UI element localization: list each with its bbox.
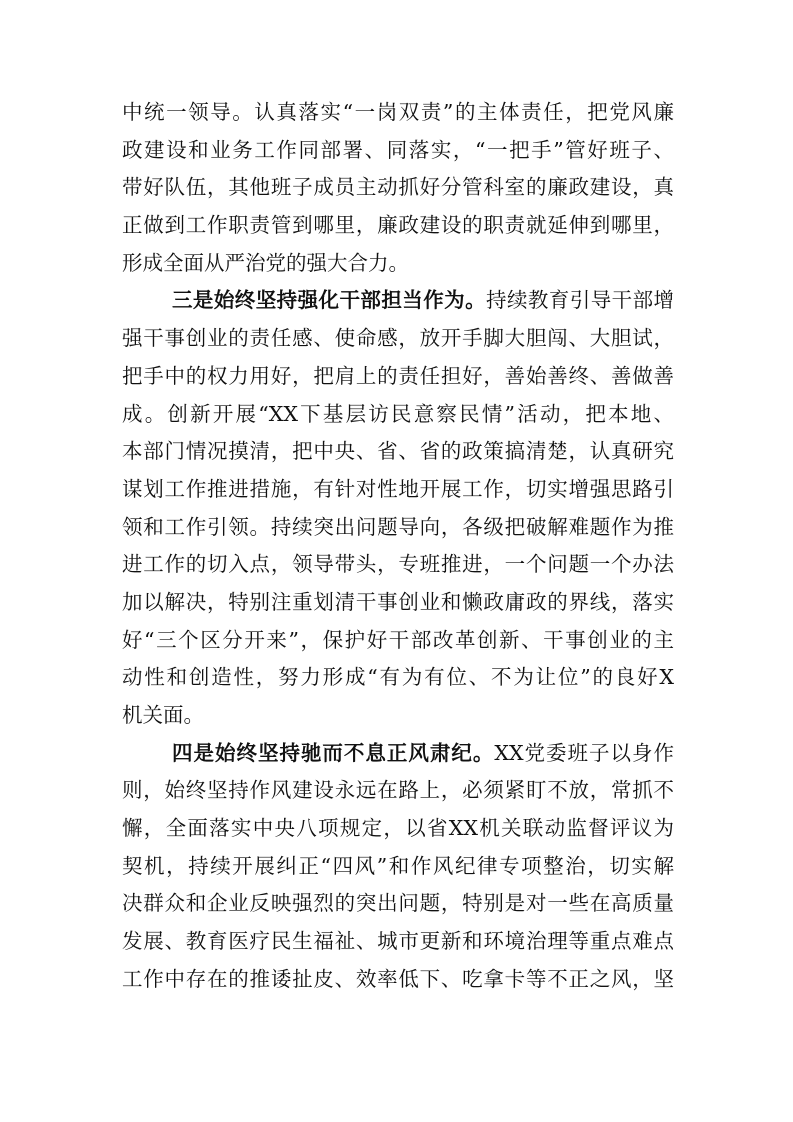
text-line: 进工作的切入点，领导带头，专班推进，一个问题一个办法 — [122, 546, 674, 584]
paragraph-heading: 三是始终坚持强化干部担当作为。 — [172, 288, 486, 312]
paragraph-cadre-responsibility: 三是始终坚持强化干部担当作为。持续教育引导干部增 强干事创业的责任感、使命感，放… — [122, 282, 674, 734]
document-body: 中统一领导。认真落实“一岗双责”的主体责任，把党风廉 政建设和业务工作同部署、同… — [122, 94, 674, 999]
text-line: 加以解决，特别注重划清干事创业和懒政庸政的界线，落实 — [122, 584, 674, 622]
text-line: 机关面。 — [122, 697, 674, 735]
text-line: 谋划工作推进措施，有针对性地开展工作，切实增强思路引 — [122, 471, 674, 509]
text-line: 工作中存在的推诿扯皮、效率低下、吃拿卡等不正之风，坚 — [122, 961, 674, 999]
text-line: 中统一领导。认真落实“一岗双责”的主体责任，把党风廉 — [122, 94, 674, 132]
text-line: 强干事创业的责任感、使命感，放开手脚大胆闯、大胆试， — [122, 320, 674, 358]
text-line: 本部门情况摸清，把中央、省、省的政策搞清楚，认真研究 — [122, 433, 674, 471]
paragraph-party-conduct-responsibility: 中统一领导。认真落实“一岗双责”的主体责任，把党风廉 政建设和业务工作同部署、同… — [122, 94, 674, 282]
text-line: 则，始终坚持作风建设永远在路上，必须紧盯不放，常抓不 — [122, 772, 674, 810]
text-run: XX党委班子以身作 — [494, 741, 674, 765]
text-run: 持续教育引导干部增 — [486, 288, 674, 312]
text-line: 成。创新开展“XX下基层访民意察民情”活动，把本地、 — [122, 396, 674, 434]
paragraph-heading: 四是始终坚持驰而不息正风肃纪。 — [172, 741, 494, 765]
text-line: 决群众和企业反映强烈的突出问题，特别是对一些在高质量 — [122, 885, 674, 923]
text-line: 懈，全面落实中央八项规定，以省XX机关联动监督评议为 — [122, 810, 674, 848]
text-line: 形成全面从严治党的强大合力。 — [122, 245, 674, 283]
text-line: 动性和创造性，努力形成“有为有位、不为让位”的良好X — [122, 659, 674, 697]
document-page: 中统一领导。认真落实“一岗双责”的主体责任，把党风廉 政建设和业务工作同部署、同… — [0, 0, 793, 1122]
paragraph-first-line: 四是始终坚持驰而不息正风肃纪。XX党委班子以身作 — [122, 735, 674, 773]
text-line: 契机，持续开展纠正“四风”和作风纪律专项整治，切实解 — [122, 848, 674, 886]
text-line: 正做到工作职责管到哪里，廉政建设的职责就延伸到哪里， — [122, 207, 674, 245]
text-line: 好“三个区分开来”，保护好干部改革创新、干事创业的主 — [122, 622, 674, 660]
text-line: 把手中的权力用好，把肩上的责任担好，善始善终、善做善 — [122, 358, 674, 396]
text-line: 带好队伍，其他班子成员主动抓好分管科室的廉政建设，真 — [122, 169, 674, 207]
paragraph-conduct-discipline: 四是始终坚持驰而不息正风肃纪。XX党委班子以身作 则，始终坚持作风建设永远在路上… — [122, 735, 674, 999]
text-line: 领和工作引领。持续突出问题导向，各级把破解难题作为推 — [122, 509, 674, 547]
text-line: 政建设和业务工作同部署、同落实，“一把手”管好班子、 — [122, 132, 674, 170]
text-line: 发展、教育医疗民生福祉、城市更新和环境治理等重点难点 — [122, 923, 674, 961]
paragraph-first-line: 三是始终坚持强化干部担当作为。持续教育引导干部增 — [122, 282, 674, 320]
